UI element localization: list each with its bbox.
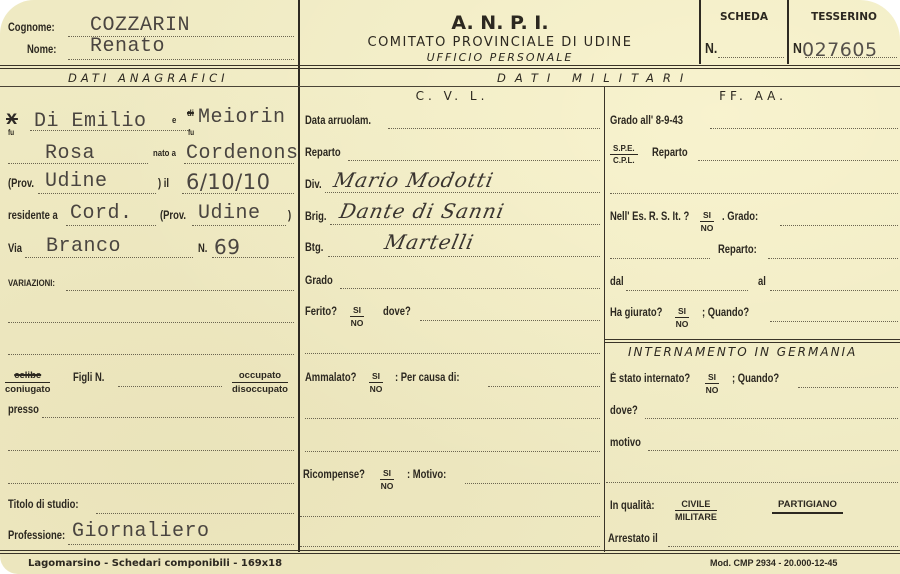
figli-label: Figli N. (73, 372, 104, 384)
ffaa-grado-dots (780, 225, 898, 226)
scheda-label: SCHEDA (700, 11, 788, 23)
nato-a-dots (184, 163, 294, 164)
civile-label: CIVILE (675, 499, 717, 511)
ferito-si-no[interactable]: SI NO (350, 305, 364, 328)
dove-label: dove? (383, 306, 411, 318)
no-option: NO (369, 383, 383, 394)
brig-dots (330, 224, 600, 225)
internato-si-no[interactable]: SI NO (705, 372, 719, 395)
and-label: e (172, 115, 176, 126)
cvl-blank-dots-1 (305, 353, 600, 354)
presso-label: presso (8, 404, 39, 416)
variazioni-dots-2 (8, 322, 294, 323)
no-option: NO (350, 317, 364, 328)
divider-tesserino (787, 0, 789, 64)
divider-right (604, 86, 605, 552)
arrestato-label: Arrestato il (608, 533, 658, 545)
header-rule (0, 65, 900, 69)
internato-label: È stato internato? (610, 373, 690, 385)
nato-a-value[interactable]: Cordenons (186, 142, 299, 165)
motivo-label: : Motivo: (407, 469, 446, 481)
divider-left (298, 0, 300, 552)
int-motivo-dots (648, 450, 898, 451)
bottom-rule (0, 550, 900, 554)
qualita-label: In qualità: (610, 500, 655, 512)
il-label: ) il (158, 178, 169, 190)
partigiano-option[interactable]: PARTIGIANO (772, 499, 843, 514)
mother-first-dots (8, 163, 148, 164)
presso-dots (42, 417, 294, 418)
ffaa-title: FF. AA. (606, 89, 900, 103)
committee-title: COMITATO PROVINCIALE DI UDINE (300, 35, 700, 50)
mother-value[interactable]: Meiorin (198, 106, 286, 129)
si-option: SI (705, 372, 719, 384)
spe-label: S.P.E. (610, 144, 638, 155)
internamento-title: INTERNAMENTO IN GERMANIA (628, 345, 857, 359)
residente-prov-close: ) (288, 210, 291, 222)
tesserino-no-label: N (793, 40, 802, 57)
div-value[interactable]: Mario Modotti (331, 168, 496, 192)
arrestato-dots (668, 546, 898, 547)
ricompense-label: Ricompense? (303, 469, 365, 481)
militare-label: MILITARE (675, 511, 717, 522)
birth-date[interactable]: 6/10/10 (186, 170, 270, 194)
int-blank-dots (606, 482, 898, 483)
partigiano-label: PARTIGIANO (772, 499, 843, 514)
div-label: Div. (305, 179, 322, 191)
si-option: SI (675, 306, 689, 318)
occupation-fraction[interactable]: occupato disoccupato (232, 370, 288, 395)
coniugato-label: coniugato (5, 383, 50, 395)
int-dove-label: dove? (610, 405, 638, 417)
via-label: Via (8, 243, 22, 255)
civile-militare-fraction[interactable]: CIVILE MILITARE (675, 499, 717, 522)
residente-dots (66, 225, 156, 226)
cvl-reparto-dots (348, 160, 600, 161)
dal-label: dal (610, 276, 624, 288)
rsi-si-no[interactable]: SI NO (700, 210, 714, 233)
nome-value[interactable]: Renato (90, 35, 165, 58)
giurato-quando-label: ; Quando? (702, 307, 749, 319)
residente-value[interactable]: Cord. (70, 202, 133, 225)
mother-first-name[interactable]: Rosa (45, 142, 95, 165)
titolo-studio-label: Titolo di studio: (8, 499, 79, 511)
fu-label-father: fu (8, 128, 14, 137)
professione-label: Professione: (8, 530, 65, 542)
residente-prov-value[interactable]: Udine (198, 202, 261, 225)
mother-prefix-struck: di (187, 108, 194, 119)
prov-label: (Prov. (8, 178, 34, 190)
giurato-quando-dots (770, 321, 898, 322)
si-option: SI (369, 371, 383, 383)
via-value[interactable]: Branco (46, 235, 121, 258)
ferito-label: Ferito? (305, 306, 337, 318)
al-label: al (758, 276, 766, 288)
civic-value[interactable]: 69 (214, 235, 240, 259)
rsi-label: Nell' Es. R. S. It. ? (610, 211, 689, 223)
ffaa-reparto-dots (698, 160, 898, 161)
giurato-label: Ha giurato? (610, 307, 662, 319)
grado-8943-dots (710, 128, 898, 129)
brig-label: Brig. (305, 211, 326, 223)
blank-dots-2 (8, 483, 294, 484)
cvl-grado-dots (340, 288, 600, 289)
grado-8943-label: Grado all' 8-9-43 (610, 115, 683, 127)
spe-cpl-fraction[interactable]: S.P.E. C.P.L. (610, 144, 638, 165)
al-dots (770, 290, 898, 291)
nome-dots (68, 59, 294, 60)
no-option: NO (675, 318, 689, 329)
reparto2-label: Reparto: (718, 244, 757, 256)
anpi-record-card: Cognome: COZZARIN Nome: Renato A. N. P. … (0, 0, 900, 574)
ffaa-grado-label: . Grado: (722, 211, 758, 223)
cvl-blank-dots-4 (300, 516, 600, 517)
cvl-blank-dots-5 (300, 546, 600, 547)
btg-value[interactable]: Martelli (382, 230, 476, 254)
father-dots (30, 130, 190, 131)
printer-imprint: Lagomarsino - Schedari componibili - 169… (28, 558, 282, 569)
data-arruolam-dots (388, 128, 600, 129)
no-option: NO (705, 384, 719, 395)
si-option: SI (700, 210, 714, 222)
occupato-label: occupato (232, 370, 288, 383)
ammalato-si-no[interactable]: SI NO (369, 371, 383, 394)
civic-dots (212, 257, 294, 258)
cvl-blank-dots-2 (305, 418, 600, 419)
prov-value[interactable]: Udine (45, 170, 108, 193)
variazioni-label: VARIAZIONI: (8, 278, 55, 289)
per-causa-label: : Per causa di: (395, 372, 459, 384)
internato-quando-dots (798, 387, 898, 388)
nome-label: Nome: (27, 44, 56, 56)
variazioni-dots-1 (66, 290, 294, 291)
data-arruolam-label: Data arruolam. (305, 115, 371, 127)
btg-label: Btg. (305, 242, 323, 254)
dati-anagrafici-title: DATI ANAGRAFICI (68, 71, 229, 85)
cpl-label: C.P.L. (610, 155, 638, 165)
variazioni-dots-3 (8, 354, 294, 355)
dati-militari-title: DATI MILITARI (497, 71, 692, 85)
ffaa-reparto-label: Reparto (652, 147, 688, 159)
tesserino-no-value[interactable]: 027605 (802, 39, 878, 61)
prov-dots (38, 193, 156, 194)
blank-dots-1 (8, 450, 294, 451)
reparto2-dots (768, 258, 898, 259)
no-option: NO (700, 222, 714, 233)
via-dots (25, 257, 193, 258)
section-title-rule (0, 86, 900, 87)
int-dove-dots (645, 418, 898, 419)
brig-value[interactable]: Dante di Sanni (337, 199, 507, 223)
internamento-rule (604, 339, 900, 343)
cvl-grado-label: Grado (305, 275, 333, 287)
org-title: A. N. P. I. (300, 12, 700, 34)
si-option: SI (350, 305, 364, 317)
btg-dots (328, 256, 600, 257)
si-option: SI (380, 468, 394, 480)
scheda-no-label: N. (705, 40, 717, 57)
residente-label: residente a (8, 210, 58, 222)
office-title: UFFICIO PERSONALE (300, 51, 700, 64)
no-option: NO (380, 480, 394, 491)
ricompense-dots (465, 483, 600, 484)
ricompense-si-no[interactable]: SI NO (380, 468, 394, 491)
birth-date-dots (182, 193, 294, 194)
professione-value[interactable]: Giornaliero (72, 520, 210, 543)
model-number: Mod. CMP 2934 - 20.000-12-45 (710, 558, 837, 568)
father-prefix-struck: x (6, 108, 18, 130)
div-dots (325, 192, 600, 193)
internato-quando-label: ; Quando? (732, 373, 779, 385)
cvl-blank-dots-3 (305, 451, 600, 452)
marital-status-fraction[interactable]: celibe coniugato (5, 370, 50, 395)
dal-dots (626, 290, 748, 291)
figli-dots (118, 386, 222, 387)
cognome-label: Cognome: (8, 22, 55, 34)
celibe-label: celibe (5, 370, 50, 383)
civic-label: N. (198, 243, 207, 255)
ammalato-label: Ammalato? (305, 372, 356, 384)
residente-prov-label: (Prov. (160, 210, 186, 222)
cvl-reparto-label: Reparto (305, 147, 341, 159)
residente-prov-dots (192, 225, 286, 226)
dove-dots (420, 320, 600, 321)
professione-dots (68, 544, 294, 545)
tesserino-label: TESSERINO (788, 11, 900, 23)
reparto2-pre-dots (610, 258, 710, 259)
disoccupato-label: disoccupato (232, 383, 288, 395)
titolo-studio-dots (96, 513, 294, 514)
cognome-value[interactable]: COZZARIN (90, 14, 190, 37)
ffaa-blank-dots-1 (610, 193, 898, 194)
cvl-title: C. V. L. (300, 89, 604, 103)
scheda-dots (718, 57, 784, 58)
giurato-si-no[interactable]: SI NO (675, 306, 689, 329)
fu-label-mother: fu (188, 128, 194, 137)
nato-a-label: nato a (153, 148, 176, 159)
int-motivo-label: motivo (610, 437, 641, 449)
per-causa-dots (488, 386, 600, 387)
